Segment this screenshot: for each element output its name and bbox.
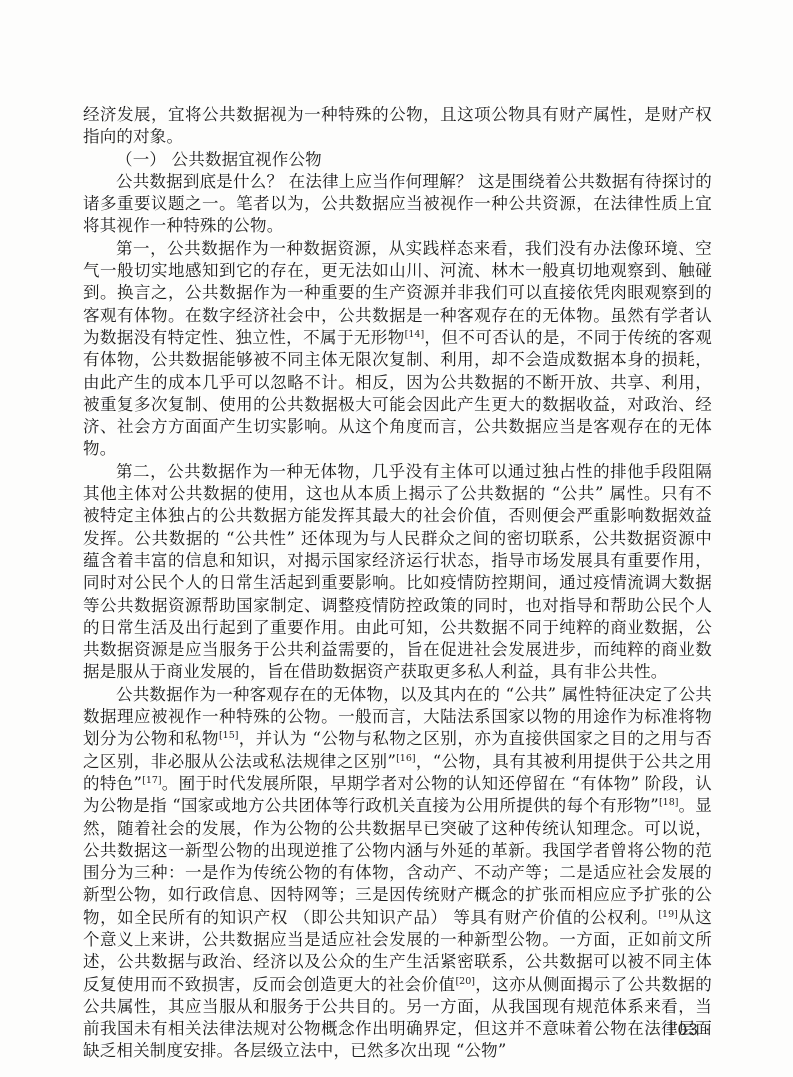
paragraph: 第一，公共数据作为一种数据资源，从实践样态来看，我们没有办法像环境、空气一般切实… xyxy=(83,238,712,461)
text-run: 第二，公共数据作为一种无体物，几乎没有主体可以通过独占性的排他手段阻隔其他主体对… xyxy=(83,462,712,682)
text-run: 。显然，随着社会的发展，作为公物的公共数据早已突破了这种传统认知理念。可以说，公… xyxy=(83,796,712,926)
paragraph-continuation: 经济发展，宜将公共数据视为一种特殊的公物，且这项公物具有财产属性，是财产权指向的… xyxy=(83,104,712,149)
page-body: 经济发展，宜将公共数据视为一种特殊的公物，且这项公物具有财产属性，是财产权指向的… xyxy=(83,104,712,1063)
footnote-ref: [20] xyxy=(455,976,475,987)
footnote-ref: [18] xyxy=(659,797,679,808)
document-page: 经济发展，宜将公共数据视为一种特殊的公物，且这项公物具有财产属性，是财产权指向的… xyxy=(0,0,793,1077)
paragraph: 公共数据到底是什么？ 在法律上应当作何理解？ 这是围绕着公共数据有待探讨的诸多重… xyxy=(83,171,712,238)
footnote-ref: [17] xyxy=(142,775,162,786)
text-run: 经济发展，宜将公共数据视为一种特殊的公物，且这项公物具有财产属性，是财产权指向的… xyxy=(83,105,712,146)
text-run: （一） 公共数据宜视作公物 xyxy=(116,150,322,169)
paragraph: 公共数据作为一种客观存在的无体物，以及其内在的 “公共” 属性特征决定了公共数据… xyxy=(83,684,712,1063)
page-number: · 103 · xyxy=(655,1019,711,1041)
footnote-ref: [19] xyxy=(658,909,678,920)
footnote-ref: [15] xyxy=(219,730,239,741)
paragraph: 第二，公共数据作为一种无体物，几乎没有主体可以通过独占性的排他手段阻隔其他主体对… xyxy=(83,461,712,684)
text-run: 公共数据到底是什么？ 在法律上应当作何理解？ 这是围绕着公共数据有待探讨的诸多重… xyxy=(83,172,712,236)
subsection-heading: （一） 公共数据宜视作公物 xyxy=(83,149,712,171)
text-run: ，但不可否认的是，不同于传统的客观有体物，公共数据能够被不同主体无限次复制、利用… xyxy=(83,328,712,458)
footnote-ref: [16] xyxy=(396,753,416,764)
footnote-ref: [14] xyxy=(405,329,425,340)
text-run: 。囿于时代发展所限，早期学者对公物的认知还停留在 “有体物” 阶段，认为公物是指… xyxy=(83,774,712,815)
